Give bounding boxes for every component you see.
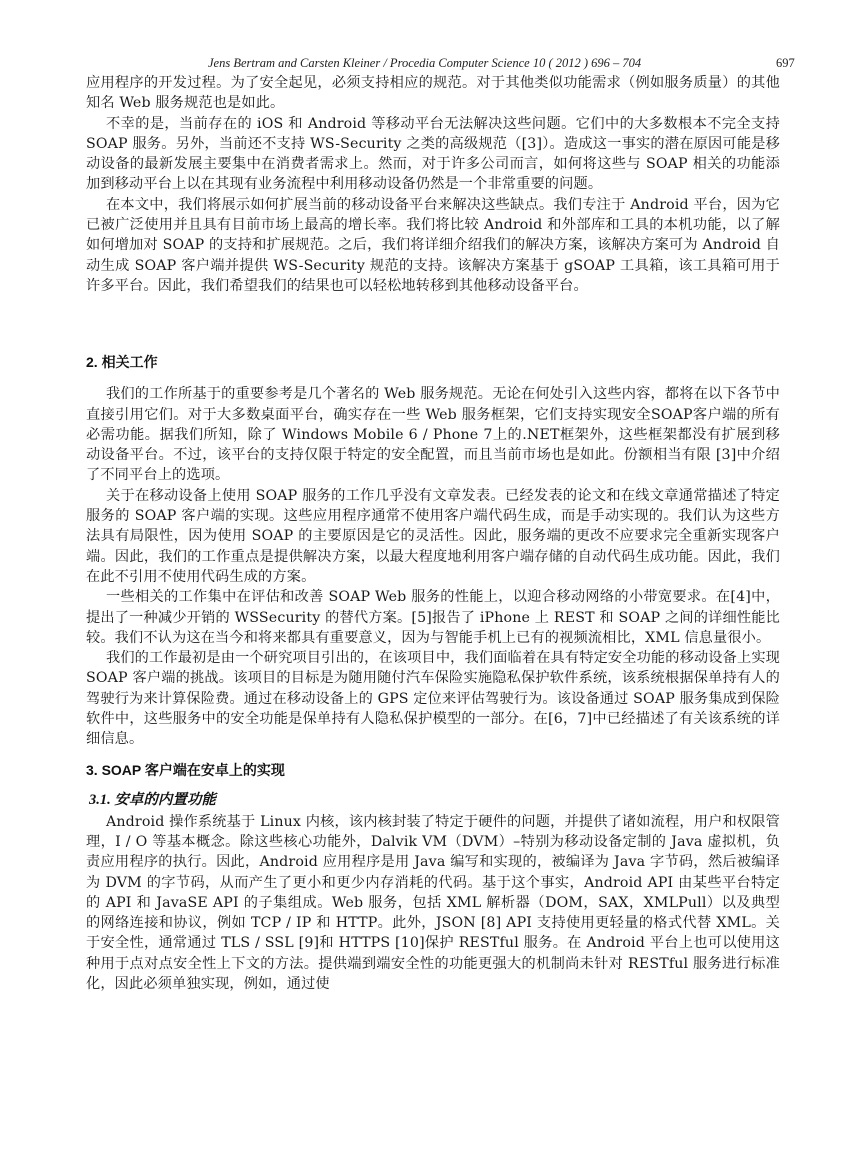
section-heading-implementation: 3. SOAP 客户端在安卓上的实现 [86,760,780,780]
paragraph: 我们的工作最初是由一个研究项目引出的，在该项目中，我们面临着在具有特定安全功能的… [86,648,780,749]
paragraph: Android 操作系统基于 Linux 内核，该内核封装了特定于硬件的问题，并… [86,812,780,995]
paragraph: 在本文中，我们将展示如何扩展当前的移动设备平台来解决这些缺点。我们专注于 And… [86,195,780,296]
page-body: 应用程序的开发过程。为了安全起见，必须支持相应的规范。对于其他类似功能需求（例如… [86,73,780,994]
paragraph: 一些相关的工作集中在评估和改善 SOAP Web 服务的性能上，以迎合移动网络的… [86,587,780,648]
paragraph: 不幸的是，当前存在的 iOS 和 Android 等移动平台无法解决这些问题。它… [86,114,780,195]
subsection-heading-builtin-features: 3.1. 安卓的内置功能 [86,790,780,810]
section-heading-related-work: 2. 相关工作 [86,352,780,372]
running-header-citation: Jens Bertram and Carsten Kleiner / Proce… [208,56,641,71]
page-number: 697 [776,56,795,71]
paragraph: 关于在移动设备上使用 SOAP 服务的工作几乎没有文章发表。已经发表的论文和在线… [86,486,780,587]
running-header: Jens Bertram and Carsten Kleiner / Proce… [0,56,846,74]
paragraph: 我们的工作所基于的重要参考是几个著名的 Web 服务规范。无论在何处引入这些内容… [86,384,780,485]
paragraph-continuation: 应用程序的开发过程。为了安全起见，必须支持相应的规范。对于其他类似功能需求（例如… [86,73,780,114]
